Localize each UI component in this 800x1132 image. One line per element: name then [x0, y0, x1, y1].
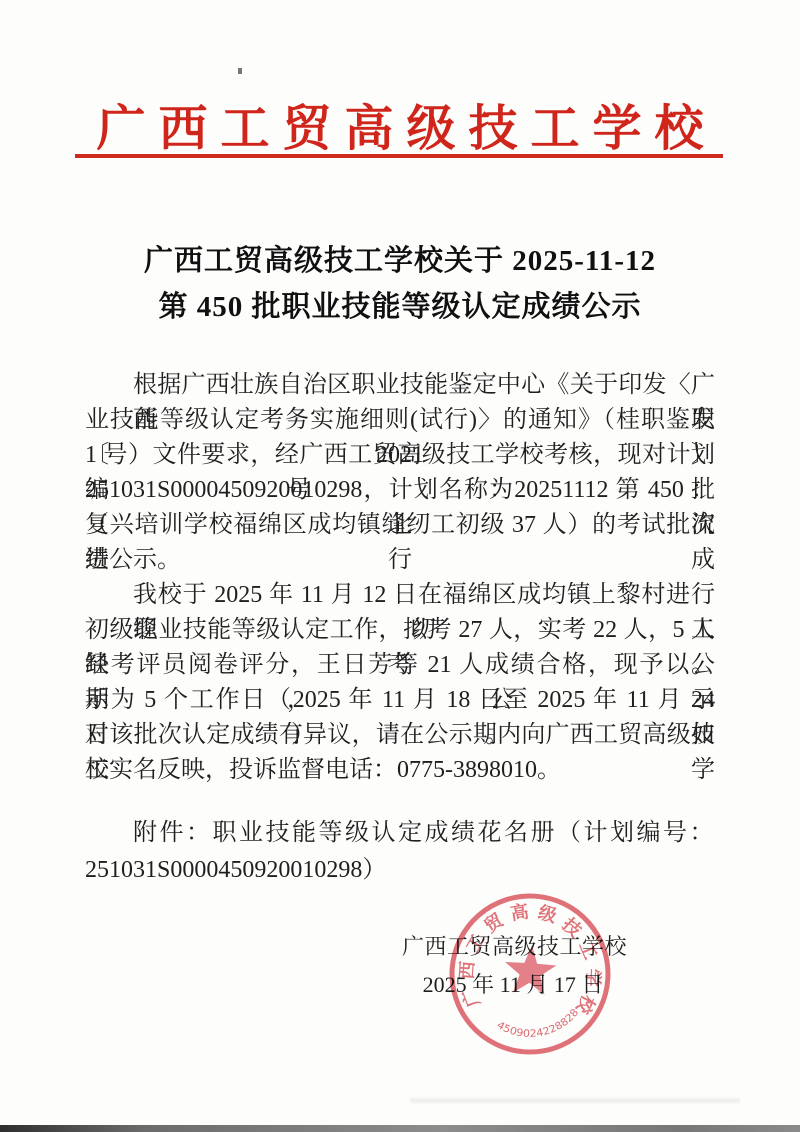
body-line: 1 号）文件要求，经广西工贸高级技工学校考核，现对计划编号为：	[85, 438, 715, 473]
body-line: 对该批次认定成绩有异议，请在公示期内向广西工贸高级技工学	[85, 718, 715, 753]
body-line: 业技能等级认定考务实施细则(试行)〉的通知》（桂职鉴发〔2021〕	[85, 403, 715, 438]
body-line: 期为 5 个工作日（2025 年 11 月 18 日至 2025 年 11 月 …	[85, 683, 715, 718]
scan-edge-bar	[0, 1125, 800, 1132]
official-seal: 广西工贸高级技工学校 4509024228828	[439, 883, 620, 1064]
attachment-line1: 附件：职业技能等级认定成绩花名册（计划编号：	[85, 815, 715, 852]
body-line: 初级职业技能等级认定工作，拟考 27 人，实考 22 人，5 人缺考。	[85, 613, 715, 648]
attachment-note: 附件：职业技能等级认定成绩花名册（计划编号： 251031S0000450920…	[85, 815, 715, 889]
attachment-line2: 251031S0000450920010298）	[85, 852, 715, 889]
official-seal-graphic: 广西工贸高级技工学校 4509024228828	[439, 883, 620, 1064]
document-title-line1: 广西工贸高级技工学校关于 2025-11-12	[0, 238, 800, 284]
seal-star	[503, 943, 558, 995]
body-line: 根据广西壮族自治区职业技能鉴定中心《关于印发〈广西职	[85, 368, 715, 403]
body-line: 我校于 2025 年 11 月 12 日在福绵区成均镇上黎村进行缝纫工	[85, 578, 715, 613]
scan-bleed-artifact	[410, 1098, 740, 1103]
seal-serial-number: 4509024228828	[494, 1002, 582, 1044]
body-line: 251031S0000450920010298，计划名称：20251112 第 …	[85, 473, 715, 508]
body-line: 经考评员阅卷评分，王日芳等 21 人成绩合格，现予以公示，公示	[85, 648, 715, 683]
document-page: 广西工贸高级技工学校 广西工贸高级技工学校关于 2025-11-12 第 450…	[0, 0, 800, 1132]
document-title: 广西工贸高级技工学校关于 2025-11-12 第 450 批职业技能等级认定成…	[0, 238, 800, 330]
paragraph-2: 我校于 2025 年 11 月 12 日在福绵区成均镇上黎村进行缝纫工 初级职业…	[85, 578, 715, 788]
document-body: 根据广西壮族自治区职业技能鉴定中心《关于印发〈广西职 业技能等级认定考务实施细则…	[85, 368, 715, 788]
letterhead-rule	[75, 154, 723, 158]
scan-speck	[238, 68, 242, 74]
letterhead-school-name: 广西工贸高级技工学校	[0, 90, 800, 160]
document-title-line2: 第 450 批职业技能等级认定成绩公示	[0, 284, 800, 330]
body-line: 复兴培训学校福绵区成均镇缝纫工初级 37 人）的考试批次进行成	[85, 508, 715, 543]
paragraph-1: 根据广西壮族自治区职业技能鉴定中心《关于印发〈广西职 业技能等级认定考务实施细则…	[85, 368, 715, 578]
